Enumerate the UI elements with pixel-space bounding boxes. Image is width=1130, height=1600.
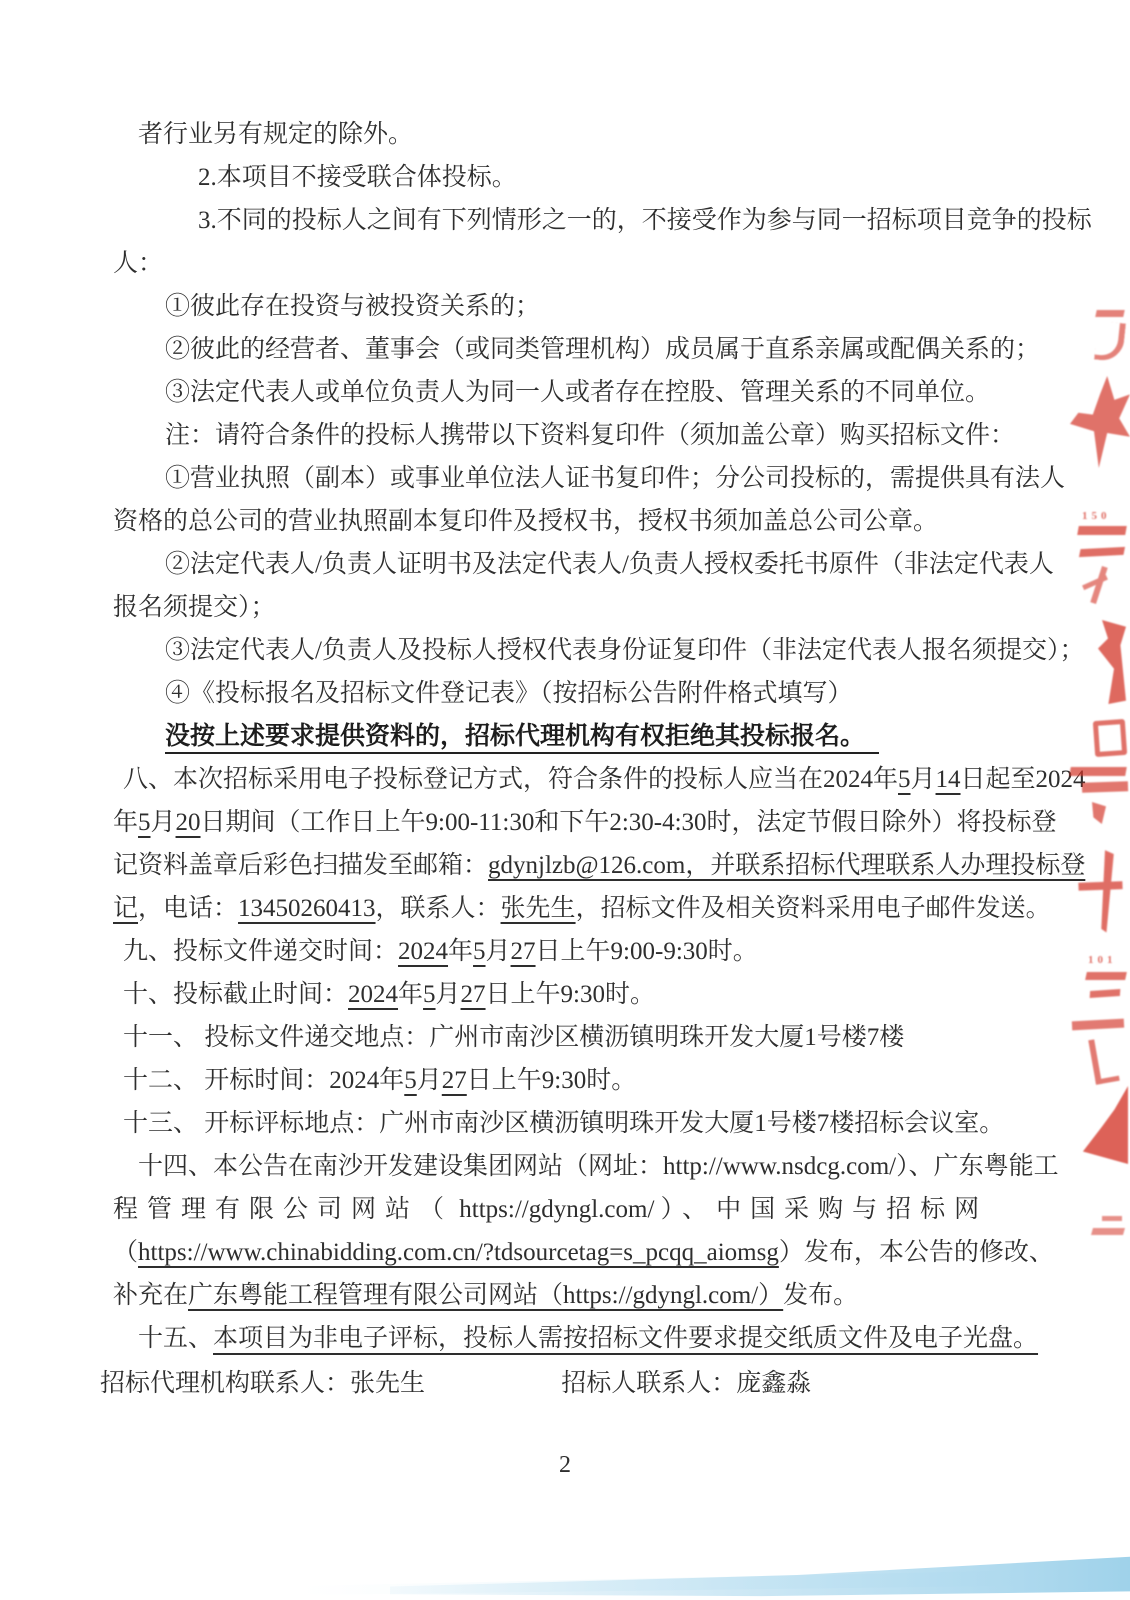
bottom-ribbon-highlight bbox=[300, 1568, 1130, 1598]
document-line: 资格的总公司的营业执照副本复印件及授权书，授权书须加盖总公司公章。 bbox=[113, 500, 1018, 543]
text-segment: 记资料盖章后彩色扫描发至邮箱： bbox=[113, 852, 488, 879]
red-seal-fragment-icon bbox=[1080, 566, 1124, 608]
text-segment: ③法定代表人或单位负责人为同一人或者存在控股、管理关系的不同单位。 bbox=[165, 379, 990, 406]
text-segment: 3.不同的投标人之间有下列情形之一的，不接受作为参与同一招标项目竞争的投标 bbox=[198, 207, 1092, 234]
text-segment: 补充在 bbox=[113, 1282, 188, 1309]
text-segment: ）、中国采购与招标网 bbox=[661, 1196, 989, 1223]
text-segment: 人： bbox=[113, 250, 163, 277]
text-segment: 日期间（工作日上午9:00-11:30和下午2:30-4:30时，法定节假日除外… bbox=[201, 809, 1057, 836]
document-line: 程管理有限公司网站（ https://gdyngl.com/ ）、中国采购与招标… bbox=[113, 1188, 1018, 1231]
text-segment: ，招标文件及相关资料采用电子邮件发送。 bbox=[576, 895, 1051, 922]
document-line: 年5月20日期间（工作日上午9:00-11:30和下午2:30-4:30时，法定… bbox=[113, 801, 1018, 844]
document-line: 2.本项目不接受联合体投标。 bbox=[113, 156, 1018, 199]
text-segment: 20 bbox=[176, 809, 201, 836]
text-segment: ，联系人： bbox=[376, 895, 501, 922]
red-seal-fragment-icon: 150 bbox=[1078, 512, 1128, 604]
stamp-digits: 150 bbox=[1082, 510, 1111, 522]
text-segment: 27 bbox=[511, 938, 536, 965]
red-seal-fragment-icon bbox=[1086, 620, 1126, 704]
document-line: ③法定代表人/负责人及投标人授权代表身份证复印件（非法定代表人报名须提交）； bbox=[113, 629, 1018, 672]
text-segment: 十、投标截止时间： bbox=[123, 981, 348, 1008]
text-segment: 27 bbox=[461, 981, 486, 1008]
text-segment: 13450260413 bbox=[238, 895, 376, 922]
text-segment: ②法定代表人/负责人证明书及法定代表人/负责人授权委托书原件（非法定代表人 bbox=[165, 551, 1054, 578]
text-segment: 十四、本公告在南沙开发建设集团网站（网址：http://www.nsdcg.co… bbox=[138, 1153, 1059, 1180]
text-segment: ②彼此的经营者、董事会（或同类管理机构）成员属于直系亲属或配偶关系的； bbox=[165, 336, 1040, 363]
document-line: 十三、 开标评标地点：广州市南沙区横沥镇明珠开发大厦1号楼7楼招标会议室。 bbox=[113, 1102, 1018, 1145]
document-line: ④《投标报名及招标文件登记表》（按招标公告附件格式填写） bbox=[113, 672, 1018, 715]
text-segment: 注：请符合条件的投标人携带以下资料复印件（须加盖公章）购买招标文件： bbox=[165, 422, 1015, 449]
document-line: 八、本次招标采用电子投标登记方式，符合条件的投标人应当在2024年5月14日起至… bbox=[113, 758, 1018, 801]
document-line: 九、投标文件递交时间：2024年5月27日上午9:00-9:30时。 bbox=[113, 930, 1018, 973]
text-segment: gdynjlzb@126.com，并联系招标代理联系人办理投标登 bbox=[488, 852, 1085, 879]
text-segment: 5 bbox=[138, 809, 151, 836]
text-segment: 广东粤能工程管理有限公司网站（https://gdyngl.com/） bbox=[188, 1282, 783, 1309]
page-number: 2 bbox=[0, 1452, 1130, 1479]
document-line: 十二、 开标时间：2024年5月27日上午9:30时。 bbox=[113, 1059, 1018, 1102]
text-segment: 月 bbox=[151, 809, 176, 836]
document-line: 注：请符合条件的投标人携带以下资料复印件（须加盖公章）购买招标文件： bbox=[113, 414, 1018, 457]
text-segment: 日上午9:00-9:30时。 bbox=[536, 938, 758, 965]
text-segment: 日起至2024 bbox=[961, 766, 1086, 793]
text-segment: 八、本次招标采用电子投标登记方式，符合条件的投标人应当在2024年 bbox=[123, 766, 898, 793]
text-segment: ③法定代表人/负责人及投标人授权代表身份证复印件（非法定代表人报名须提交）； bbox=[165, 637, 1084, 664]
text-segment: 十三、 开标评标地点：广州市南沙区横沥镇明珠开发大厦1号楼7楼招标会议室。 bbox=[123, 1110, 1004, 1137]
document-line: 没按上述要求提供资料的，招标代理机构有权拒绝其投标报名。 bbox=[113, 715, 1018, 758]
text-segment: 2024 bbox=[398, 938, 448, 965]
text-segment: 张先生 bbox=[501, 895, 576, 922]
text-segment: 九、投标文件递交时间： bbox=[123, 938, 398, 965]
text-segment: 2024 bbox=[348, 981, 398, 1008]
scanned-document-page: 者行业另有规定的除外。2.本项目不接受联合体投标。3.不同的投标人之间有下列情形… bbox=[0, 0, 1130, 1600]
document-line: ①营业执照（副本）或事业单位法人证书复印件；分公司投标的，需提供具有法人 bbox=[113, 457, 1018, 500]
text-segment: ）发布，本公告的修改、 bbox=[779, 1239, 1054, 1266]
text-segment: 2.本项目不接受联合体投标。 bbox=[198, 164, 517, 191]
agency-contact: 招标代理机构联系人：张先生 bbox=[100, 1370, 425, 1397]
tenderer-contact: 招标人联系人：庞鑫淼 bbox=[561, 1370, 811, 1397]
text-segment: 月 bbox=[436, 981, 461, 1008]
red-seal-fragment-icon bbox=[1082, 782, 1128, 836]
text-segment: 月 bbox=[911, 766, 936, 793]
red-seal-fragment-icon bbox=[1088, 310, 1126, 358]
text-segment: 年 bbox=[448, 938, 473, 965]
text-segment: 5 bbox=[473, 938, 486, 965]
stamp-digits: 101 bbox=[1088, 954, 1117, 966]
document-line: 者行业另有规定的除外。 bbox=[113, 113, 1018, 156]
text-segment: https://www.chinabidding.com.cn/?tdsourc… bbox=[138, 1239, 779, 1266]
text-segment: 年 bbox=[113, 809, 138, 836]
text-segment: 没按上述要求提供资料的，招标代理机构有权拒绝其投标报名。 bbox=[165, 723, 879, 754]
text-segment: 年 bbox=[398, 981, 423, 1008]
text-segment: 十一、 投标文件递交地点：广州市南沙区横沥镇明珠开发大厦1号楼7楼 bbox=[123, 1024, 904, 1051]
text-segment: 27 bbox=[442, 1067, 467, 1094]
document-body: 者行业另有规定的除外。2.本项目不接受联合体投标。3.不同的投标人之间有下列情形… bbox=[113, 113, 1018, 1360]
red-seal-star-fragment-icon bbox=[1070, 376, 1130, 468]
red-seal-fragment-icon bbox=[1072, 1020, 1127, 1086]
text-segment: 月 bbox=[417, 1067, 442, 1094]
bottom-ribbon bbox=[390, 1552, 1130, 1600]
document-line: 十四、本公告在南沙开发建设集团网站（网址：http://www.nsdcg.co… bbox=[113, 1145, 1018, 1188]
document-line: ②彼此的经营者、董事会（或同类管理机构）成员属于直系亲属或配偶关系的； bbox=[113, 328, 1018, 371]
document-line: 十、投标截止时间：2024年5月27日上午9:30时。 bbox=[113, 973, 1018, 1016]
text-segment: 发布。 bbox=[783, 1282, 858, 1309]
text-segment: 月 bbox=[486, 938, 511, 965]
text-segment: 本项目为非电子评标，投标人需按招标文件要求提交纸质文件及电子光盘。 bbox=[213, 1325, 1038, 1352]
text-segment: 5 bbox=[898, 766, 911, 793]
text-segment: ①营业执照（副本）或事业单位法人证书复印件；分公司投标的，需提供具有法人 bbox=[165, 465, 1065, 492]
text-segment: 资格的总公司的营业执照副本复印件及授权书，授权书须加盖总公司公章。 bbox=[113, 508, 938, 535]
document-line: 人： bbox=[113, 242, 1018, 285]
text-segment: 5 bbox=[423, 981, 436, 1008]
text-segment: 记 bbox=[113, 895, 138, 922]
document-line: 补充在广东粤能工程管理有限公司网站（https://gdyngl.com/）发布… bbox=[113, 1274, 1018, 1317]
document-line: 3.不同的投标人之间有下列情形之一的，不接受作为参与同一招标项目竞争的投标 bbox=[113, 199, 1018, 242]
text-segment: 者行业另有规定的除外。 bbox=[138, 121, 413, 148]
text-segment: 5 bbox=[404, 1067, 417, 1094]
text-segment: 报名须提交）； bbox=[113, 594, 276, 621]
document-line: ③法定代表人或单位负责人为同一人或者存在控股、管理关系的不同单位。 bbox=[113, 371, 1018, 414]
text-segment: https://gdyngl.com/ bbox=[453, 1196, 661, 1223]
red-seal-fragment-icon bbox=[1092, 1214, 1128, 1244]
red-seal-fragment-icon: 101 bbox=[1086, 956, 1128, 1016]
document-line: 报名须提交）； bbox=[113, 586, 1018, 629]
text-segment: 程管理有限公司网站（ bbox=[113, 1196, 453, 1223]
text-segment: （ bbox=[113, 1239, 138, 1266]
document-line: （https://www.chinabidding.com.cn/?tdsour… bbox=[113, 1231, 1018, 1274]
text-segment: ④《投标报名及招标文件登记表》（按招标公告附件格式填写） bbox=[165, 680, 853, 707]
text-segment: ，电话： bbox=[138, 895, 238, 922]
document-line: 十五、本项目为非电子评标，投标人需按招标文件要求提交纸质文件及电子光盘。 bbox=[113, 1317, 1018, 1360]
text-segment: 日上午9:30时。 bbox=[467, 1067, 636, 1094]
text-segment: 14 bbox=[936, 766, 961, 793]
document-line: 记，电话：13450260413，联系人：张先生，招标文件及相关资料采用电子邮件… bbox=[113, 887, 1018, 930]
document-line: ①彼此存在投资与被投资关系的； bbox=[113, 285, 1018, 328]
red-seal-fragment-icon bbox=[1080, 1086, 1128, 1164]
document-line: 记资料盖章后彩色扫描发至邮箱：gdynjlzb@126.com，并联系招标代理联… bbox=[113, 844, 1018, 887]
text-segment: 十五、 bbox=[138, 1325, 213, 1352]
text-segment: ①彼此存在投资与被投资关系的； bbox=[165, 293, 540, 320]
contact-row: 招标代理机构联系人：张先生 招标人联系人：庞鑫淼 bbox=[100, 1363, 1030, 1399]
document-line: ②法定代表人/负责人证明书及法定代表人/负责人授权委托书原件（非法定代表人 bbox=[113, 543, 1018, 586]
text-segment: 日上午9:30时。 bbox=[486, 981, 655, 1008]
document-line: 十一、 投标文件递交地点：广州市南沙区横沥镇明珠开发大厦1号楼7楼 bbox=[113, 1016, 1018, 1059]
text-segment: 十二、 开标时间：2024年 bbox=[123, 1067, 404, 1094]
